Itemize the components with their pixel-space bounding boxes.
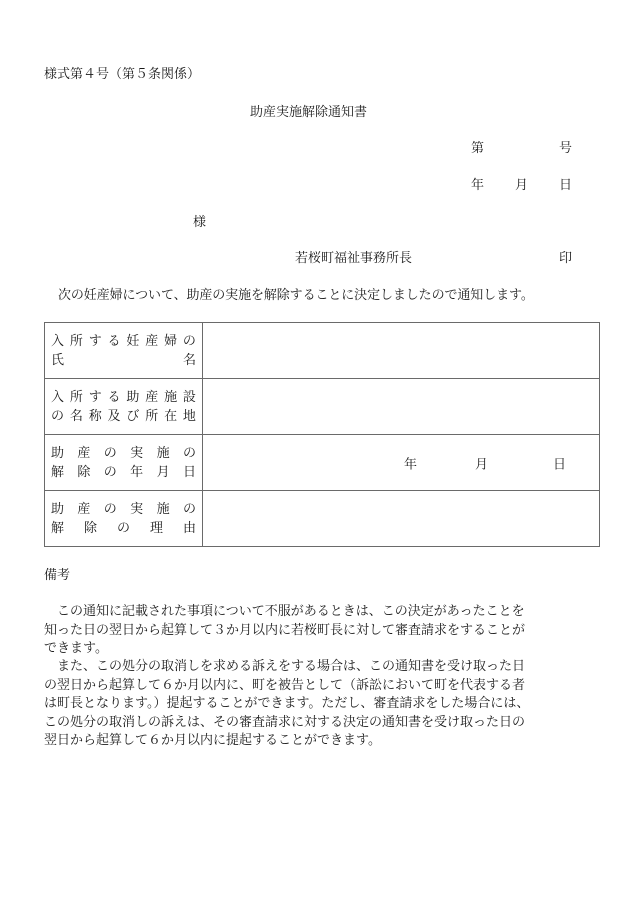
label-char: の <box>104 500 117 519</box>
notice-info-table: 入 所 す る 妊 産 婦 の 氏 名 入 所 す る 助 産 <box>44 322 600 547</box>
label-line: の 名 称 及 び 所 在 地 <box>51 407 196 426</box>
label-char: 除 <box>77 463 90 482</box>
label-char: る <box>108 332 121 351</box>
text-line: この処分の取消しの訴えは、その審査請求に対する決定の通知書を受け取った日の <box>44 714 592 733</box>
label-char: 月 <box>157 463 170 482</box>
label-char: の <box>117 519 130 538</box>
facility-name-address-field[interactable] <box>203 379 600 435</box>
label-char: 所 <box>70 388 83 407</box>
cancellation-date-day: 日 <box>553 453 566 472</box>
text-line: 知った日の翌日から起算して３か月以内に若桜町長に対して審査請求をすることが <box>44 622 592 641</box>
label-char: 助 <box>51 500 64 519</box>
label-char: 在 <box>164 407 177 426</box>
label-char: 妊 <box>126 332 139 351</box>
text-line: この通知に記載された事項について不服があるときは、この決定があったことを <box>44 603 592 622</box>
label-char: 産 <box>77 500 90 519</box>
label-char: 実 <box>130 500 143 519</box>
issue-date-month: 月 <box>515 178 528 194</box>
label-char: 産 <box>77 444 90 463</box>
document-number-suffix: 号 <box>559 141 572 157</box>
issue-date-day: 日 <box>559 178 572 194</box>
label-char: 産 <box>145 388 158 407</box>
label-char: 理 <box>150 519 163 538</box>
cancellation-date-field[interactable]: 年 月 日 <box>203 435 600 491</box>
label-line: 氏 名 <box>51 351 196 370</box>
cancellation-date-month: 月 <box>475 453 488 472</box>
label-line: 解 除 の 理 由 <box>51 519 196 538</box>
label-char: 施 <box>164 388 177 407</box>
label-line: 入 所 す る 助 産 施 設 <box>51 388 196 407</box>
label-char: す <box>89 388 102 407</box>
row-label: 入 所 す る 助 産 施 設 の 名 称 及 び 所 在 地 <box>45 379 203 435</box>
label-char: び <box>126 407 139 426</box>
label-char: る <box>108 388 121 407</box>
addressee-honorific: 様 <box>193 215 206 231</box>
label-char: 婦 <box>164 332 177 351</box>
label-char: の <box>183 444 196 463</box>
label-char: 年 <box>130 463 143 482</box>
row-label: 入 所 す る 妊 産 婦 の 氏 名 <box>45 323 203 379</box>
label-char: の <box>104 444 117 463</box>
label-char: す <box>89 332 102 351</box>
text-line: の翌日から起算して６か月以内に、町を被告として（訴訟において町を代表する者 <box>44 677 592 696</box>
label-char: 入 <box>51 388 64 407</box>
label-char: の <box>104 463 117 482</box>
label-char: 名 <box>70 407 83 426</box>
intro-text: 次の妊産婦について、助産の実施を解除することに決定しましたので通知します。 <box>58 288 534 304</box>
label-line: 助 産 の 実 施 の <box>51 444 196 463</box>
text-line: また、この処分の取消しを求める訴えをする場合は、この通知書を受け取った日 <box>44 658 592 677</box>
label-line: 解 除 の 年 月 日 <box>51 463 196 482</box>
label-char: 解 <box>51 463 64 482</box>
label-char: 解 <box>51 519 64 538</box>
label-char: 由 <box>183 519 196 538</box>
text-line: は町長となります。）提起することができます。ただし、審査請求をした場合には、 <box>44 695 592 714</box>
label-char: 施 <box>157 444 170 463</box>
issue-date-year: 年 <box>471 178 484 194</box>
label-char: の <box>51 407 64 426</box>
label-line: 助 産 の 実 施 の <box>51 500 196 519</box>
row-label: 助 産 の 実 施 の 解 除 の 理 由 <box>45 491 203 547</box>
table-row-cancellation-date: 助 産 の 実 施 の 解 除 の 年 月 日 年 月 日 <box>45 435 600 491</box>
label-char: 設 <box>183 388 196 407</box>
label-char: の <box>183 332 196 351</box>
label-char: 助 <box>126 388 139 407</box>
issuer-name: 若桜町福祉事務所長 <box>295 251 412 267</box>
label-char: 及 <box>108 407 121 426</box>
remarks-heading: 備考 <box>44 568 70 584</box>
document-number-prefix: 第 <box>471 141 484 157</box>
cancellation-date-year: 年 <box>404 453 417 472</box>
text-line: できます。 <box>44 640 592 659</box>
label-char: 実 <box>130 444 143 463</box>
row-label: 助 産 の 実 施 の 解 除 の 年 月 日 <box>45 435 203 491</box>
label-char: 名 <box>183 351 196 370</box>
label-char: 所 <box>145 407 158 426</box>
label-line: 入 所 す る 妊 産 婦 の <box>51 332 196 351</box>
cancellation-reason-field[interactable] <box>203 491 600 547</box>
label-char: 除 <box>84 519 97 538</box>
seal-mark: 印 <box>559 251 572 267</box>
remarks-paragraph-appeal: この通知に記載された事項について不服があるときは、この決定があったことを 知った… <box>44 603 592 659</box>
pregnant-woman-name-field[interactable] <box>203 323 600 379</box>
label-char: 入 <box>51 332 64 351</box>
table-row-facility: 入 所 す る 助 産 施 設 の 名 称 及 び 所 在 地 <box>45 379 600 435</box>
label-char: 氏 <box>51 351 64 370</box>
label-char: 助 <box>51 444 64 463</box>
table-row-cancellation-reason: 助 産 の 実 施 の 解 除 の 理 由 <box>45 491 600 547</box>
remarks-paragraph-lawsuit: また、この処分の取消しを求める訴えをする場合は、この通知書を受け取った日 の翌日… <box>44 658 592 751</box>
label-char: 施 <box>157 500 170 519</box>
label-char: 地 <box>183 407 196 426</box>
label-char: 産 <box>145 332 158 351</box>
label-char: 所 <box>70 332 83 351</box>
table-row-pregnant-woman-name: 入 所 す る 妊 産 婦 の 氏 名 <box>45 323 600 379</box>
form-number: 様式第４号（第５条関係） <box>44 67 200 83</box>
text-line: 翌日から起算して６か月以内に提起することができます。 <box>44 732 592 751</box>
document-title: 助産実施解除通知書 <box>250 105 367 121</box>
label-char: 日 <box>183 463 196 482</box>
label-char: の <box>183 500 196 519</box>
label-char: 称 <box>89 407 102 426</box>
